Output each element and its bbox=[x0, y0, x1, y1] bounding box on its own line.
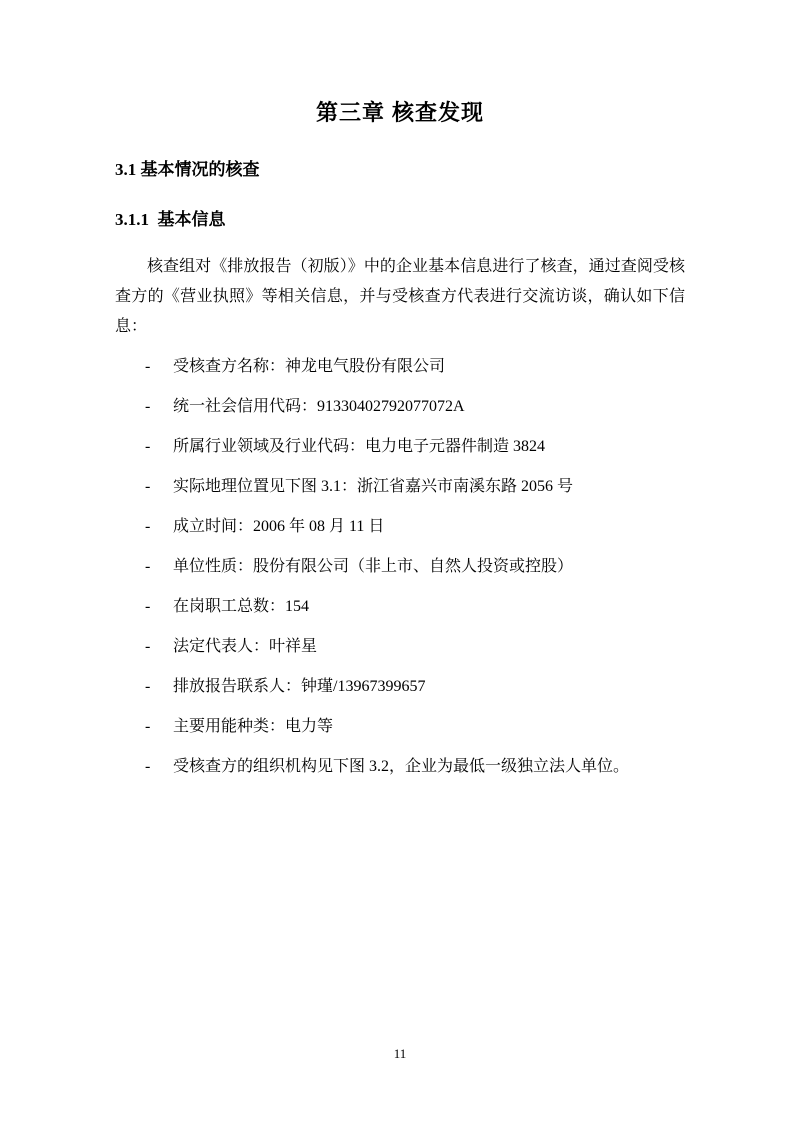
list-item-text: 在岗职工总数：154 bbox=[173, 592, 685, 622]
list-item: - 在岗职工总数：154 bbox=[115, 592, 685, 622]
document-page: 第三章 核查发现 3.1 基本情况的核查 3.1.1 基本信息 核查组对《排放报… bbox=[0, 0, 800, 1132]
chapter-title: 第三章 核查发现 bbox=[115, 98, 685, 128]
list-item-marker: - bbox=[145, 392, 173, 422]
list-item-text: 受核查方名称：神龙电气股份有限公司 bbox=[173, 352, 685, 382]
list-item: - 成立时间：2006 年 08 月 11 日 bbox=[115, 512, 685, 542]
list-item-text: 主要用能种类：电力等 bbox=[173, 712, 685, 742]
list-item: - 受核查方名称：神龙电气股份有限公司 bbox=[115, 352, 685, 382]
intro-paragraph: 核查组对《排放报告（初版）》中的企业基本信息进行了核查，通过查阅受核查方的《营业… bbox=[115, 252, 685, 342]
list-item-text: 统一社会信用代码：91330402792077072A bbox=[173, 392, 685, 422]
list-item: - 主要用能种类：电力等 bbox=[115, 712, 685, 742]
list-item: - 法定代表人：叶祥星 bbox=[115, 632, 685, 662]
list-item-marker: - bbox=[145, 432, 173, 462]
list-item-marker: - bbox=[145, 672, 173, 702]
list-item: - 排放报告联系人：钟瑾/13967399657 bbox=[115, 672, 685, 702]
list-item: - 所属行业领域及行业代码：电力电子元器件制造 3824 bbox=[115, 432, 685, 462]
list-item-marker: - bbox=[145, 512, 173, 542]
list-item-text: 所属行业领域及行业代码：电力电子元器件制造 3824 bbox=[173, 432, 685, 462]
list-item-text: 受核查方的组织机构见下图 3.2，企业为最低一级独立法人单位。 bbox=[173, 752, 685, 782]
list-item: - 统一社会信用代码：91330402792077072A bbox=[115, 392, 685, 422]
list-item: - 实际地理位置见下图 3.1：浙江省嘉兴市南溪东路 2056 号 bbox=[115, 472, 685, 502]
list-item-marker: - bbox=[145, 352, 173, 382]
list-item-marker: - bbox=[145, 752, 173, 782]
subsection-heading-3-1-1: 3.1.1 基本信息 bbox=[115, 208, 685, 232]
page-number: 11 bbox=[0, 1046, 800, 1062]
section-heading-3-1: 3.1 基本情况的核查 bbox=[115, 158, 685, 182]
list-item-marker: - bbox=[145, 632, 173, 662]
list-item-marker: - bbox=[145, 712, 173, 742]
basic-info-list: - 受核查方名称：神龙电气股份有限公司 - 统一社会信用代码：913304027… bbox=[115, 352, 685, 782]
list-item-text: 排放报告联系人：钟瑾/13967399657 bbox=[173, 672, 685, 702]
list-item-marker: - bbox=[145, 592, 173, 622]
list-item: - 单位性质：股份有限公司（非上市、自然人投资或控股） bbox=[115, 552, 685, 582]
list-item-text: 单位性质：股份有限公司（非上市、自然人投资或控股） bbox=[173, 552, 685, 582]
list-item: - 受核查方的组织机构见下图 3.2，企业为最低一级独立法人单位。 bbox=[115, 752, 685, 782]
list-item-text: 实际地理位置见下图 3.1：浙江省嘉兴市南溪东路 2056 号 bbox=[173, 472, 685, 502]
list-item-marker: - bbox=[145, 472, 173, 502]
list-item-marker: - bbox=[145, 552, 173, 582]
list-item-text: 成立时间：2006 年 08 月 11 日 bbox=[173, 512, 685, 542]
list-item-text: 法定代表人：叶祥星 bbox=[173, 632, 685, 662]
